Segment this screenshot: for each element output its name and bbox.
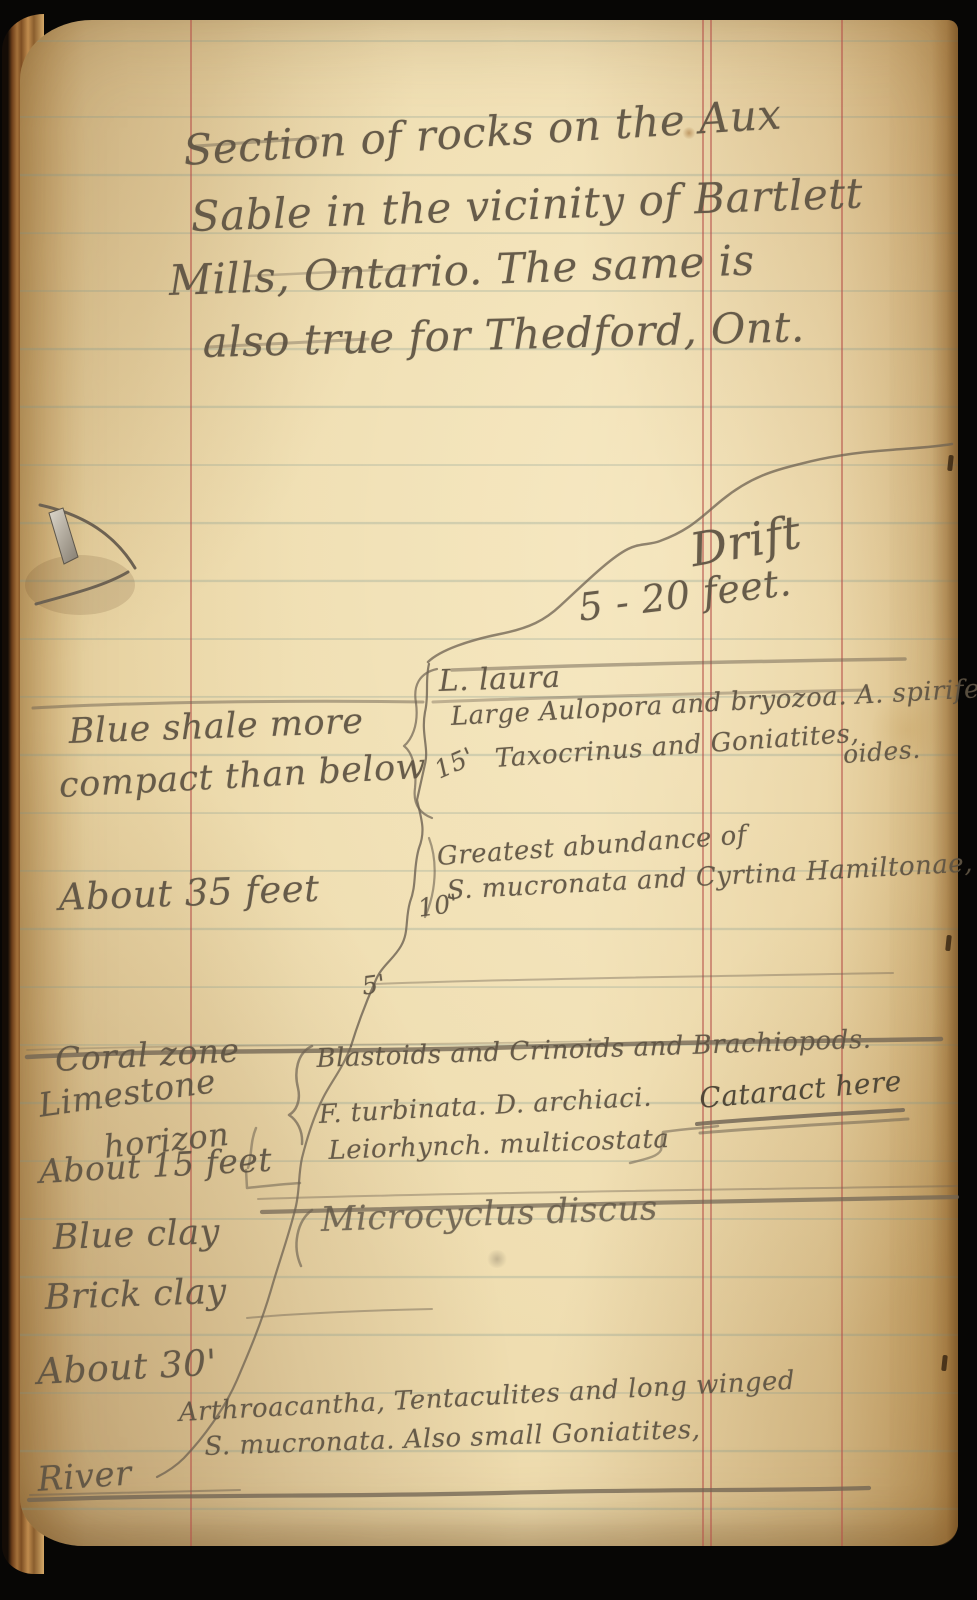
unit-label-laura: L. laura: [438, 660, 561, 699]
label-blue-clay: Blue clay: [52, 1212, 221, 1258]
margin-line-right: [841, 20, 843, 1546]
notebook-photo: Section of rocks on the Aux Sable in the…: [0, 0, 977, 1600]
torn-paper-edge: [932, 20, 958, 1546]
label-brick-clay: Brick clay: [44, 1272, 227, 1318]
paper-stain: [486, 1250, 508, 1268]
label-blue-shale-thickness: About 35 feet: [58, 867, 320, 919]
bed-thickness-5: 5': [360, 969, 388, 1001]
label-river: River: [36, 1453, 133, 1499]
bed-thickness-10: 10': [416, 888, 460, 922]
